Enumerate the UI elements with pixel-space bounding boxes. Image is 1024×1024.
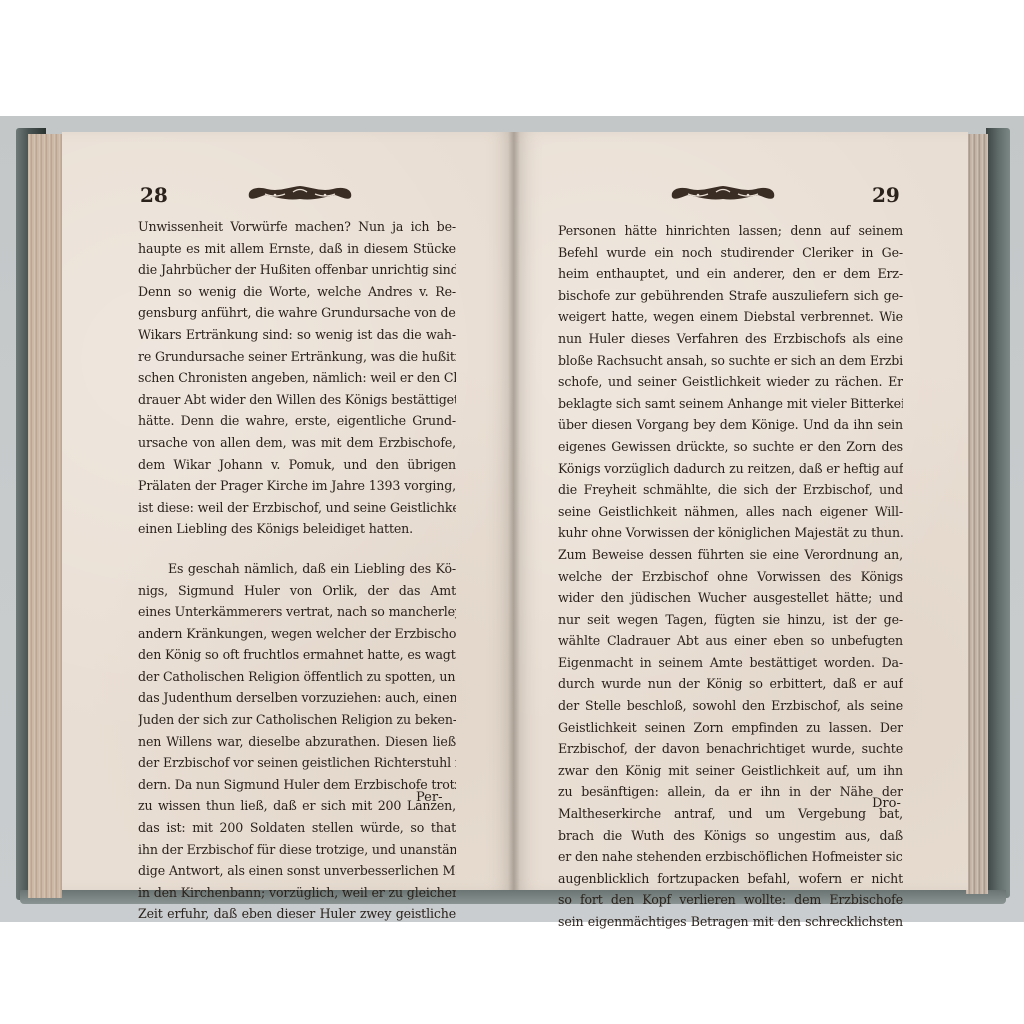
text-line: gensburg anführt, die wahre Grundursache… bbox=[138, 302, 456, 324]
right-catchword: Dro- bbox=[872, 796, 901, 811]
text-line: wider den jüdischen Wucher ausgestellet … bbox=[558, 587, 903, 609]
text-line: ihn der Erzbischof für diese trotzige, u… bbox=[138, 839, 456, 861]
text-line: bischofe zur gebührenden Strafe auszulie… bbox=[558, 285, 903, 307]
text-line: re Grundursache seiner Ertränkung, was d… bbox=[138, 346, 456, 368]
text-line: dern. Da nun Sigmund Huler dem Erzbischo… bbox=[138, 774, 456, 796]
text-line: schofe, und seiner Geistlichkeit wieder … bbox=[558, 371, 903, 393]
left-page-text: Unwissenheit Vorwürfe machen? Nun ja ich… bbox=[138, 216, 456, 925]
text-line: ursache von allen dem, was mit dem Erzbi… bbox=[138, 432, 456, 454]
text-line: der Erzbischof vor seinen geistlichen Ri… bbox=[138, 752, 456, 774]
text-line: beklagte sich samt seinem Anhange mit vi… bbox=[558, 393, 903, 415]
text-line: durch wurde nun der König so erbittert, … bbox=[558, 673, 903, 695]
text-line: Es geschah nämlich, daß ein Liebling des… bbox=[138, 558, 456, 580]
text-line: zwar den König mit seiner Geistlichkeit … bbox=[558, 760, 903, 782]
text-line: Zeit erfuhr, daß eben dieser Huler zwey … bbox=[138, 903, 456, 925]
paragraph: Unwissenheit Vorwürfe machen? Nun ja ich… bbox=[138, 216, 456, 540]
text-line: der Stelle beschloß, sowohl den Erzbisch… bbox=[558, 695, 903, 717]
text-line: Personen hätte hinrichten lassen; denn a… bbox=[558, 220, 903, 242]
ornament-headpiece-icon bbox=[668, 183, 778, 205]
text-line: den König so oft fruchtlos ermahnet hatt… bbox=[138, 644, 456, 666]
text-line: nun Huler dieses Verfahren des Erzbischo… bbox=[558, 328, 903, 350]
text-line: Befehl wurde ein noch studirender Clerik… bbox=[558, 242, 903, 264]
text-line: dem Wikar Johann v. Pomuk, und den übrig… bbox=[138, 454, 456, 476]
right-page-number: 29 bbox=[872, 183, 900, 207]
text-line: der Catholischen Religion öffentlich zu … bbox=[138, 666, 456, 688]
text-line: Wikars Ertränkung sind: so wenig ist das… bbox=[138, 324, 456, 346]
paragraph: Es geschah nämlich, daß ein Liebling des… bbox=[138, 558, 456, 925]
left-page-number: 28 bbox=[140, 183, 168, 207]
text-line: Denn so wenig die Worte, welche Andres v… bbox=[138, 281, 456, 303]
text-line: eigenes Gewissen drückte, so suchte er d… bbox=[558, 436, 903, 458]
text-line: drauer Abt wider den Willen des Königs b… bbox=[138, 389, 456, 411]
text-line: über diesen Vorgang bey dem Könige. Und … bbox=[558, 414, 903, 436]
ornament-headpiece-icon bbox=[245, 183, 355, 205]
left-catchword: Per- bbox=[416, 790, 442, 805]
text-line: Geistlichkeit seinen Zorn empfinden zu l… bbox=[558, 717, 903, 739]
text-line: die Freyheit schmählte, die sich der Erz… bbox=[558, 479, 903, 501]
text-line: nur seit wegen Tagen, fügten sie hinzu, … bbox=[558, 609, 903, 631]
text-line: Unwissenheit Vorwürfe machen? Nun ja ich… bbox=[138, 216, 456, 238]
text-line: brach die Wuth des Königs so ungestim au… bbox=[558, 825, 903, 847]
paragraph-spacer bbox=[138, 540, 456, 558]
text-line: haupte es mit allem Ernste, daß in diese… bbox=[138, 238, 456, 260]
text-line: seine Geistlichkeit nähmen, alles nach e… bbox=[558, 501, 903, 523]
text-line: nen Willens war, dieselbe abzurathen. Di… bbox=[138, 731, 456, 753]
page-stack-left bbox=[28, 134, 62, 898]
text-line: er den nahe stehenden erzbischöflichen H… bbox=[558, 846, 903, 868]
text-line: das Judenthum derselben vorzuziehen: auc… bbox=[138, 687, 456, 709]
text-line: schen Chronisten angeben, nämlich: weil … bbox=[138, 367, 456, 389]
text-line: sein eigenmächtiges Betragen mit den sch… bbox=[558, 911, 903, 933]
text-line: andern Kränkungen, wegen welcher der Erz… bbox=[138, 623, 456, 645]
text-line: Königs vorzüglich dadurch zu reitzen, da… bbox=[558, 458, 903, 480]
text-line: heim enthauptet, und ein anderer, den er… bbox=[558, 263, 903, 285]
text-line: in den Kirchenbann; vorzüglich, weil er … bbox=[138, 882, 456, 904]
text-line: ist diese: weil der Erzbischof, und sein… bbox=[138, 497, 456, 519]
text-line: eines Unterkämmerers vertrat, nach so ma… bbox=[138, 601, 456, 623]
page-stack-right bbox=[966, 134, 988, 894]
text-line: hätte. Denn die wahre, erste, eigentlich… bbox=[138, 410, 456, 432]
text-line: bloße Rachsucht ansah, so suchte er sich… bbox=[558, 350, 903, 372]
right-page-text: Personen hätte hinrichten lassen; denn a… bbox=[558, 220, 903, 933]
text-line: einen Liebling des Königs beleidiget hat… bbox=[138, 518, 456, 540]
text-line: zu besänftigen: allein, da er ihn in der… bbox=[558, 781, 903, 803]
text-line: so fort den Kopf verlieren wollte: dem E… bbox=[558, 889, 903, 911]
text-line: dige Antwort, als einen sonst unverbesse… bbox=[138, 860, 456, 882]
text-line: Zum Beweise dessen führten sie eine Vero… bbox=[558, 544, 903, 566]
text-line: Erzbischof, der davon benachrichtiget wu… bbox=[558, 738, 903, 760]
book-gutter bbox=[508, 132, 520, 890]
text-line: das ist: mit 200 Soldaten stellen würde,… bbox=[138, 817, 456, 839]
text-line: augenblicklich fortzupacken befahl, wofe… bbox=[558, 868, 903, 890]
text-line: wählte Cladrauer Abt aus einer eben so u… bbox=[558, 630, 903, 652]
text-line: Juden der sich zur Catholischen Religion… bbox=[138, 709, 456, 731]
text-line: Prälaten der Prager Kirche im Jahre 1393… bbox=[138, 475, 456, 497]
text-line: die Jahrbücher der Hußiten offenbar unri… bbox=[138, 259, 456, 281]
text-line: Maltheserkirche antraf, und um Vergebung… bbox=[558, 803, 903, 825]
text-line: zu wissen thun ließ, daß er sich mit 200… bbox=[138, 795, 456, 817]
book-cover-right-edge bbox=[986, 128, 1010, 898]
text-line: welche der Erzbischof ohne Vorwissen des… bbox=[558, 566, 903, 588]
text-line: kuhr ohne Vorwissen der königlichen Maje… bbox=[558, 522, 903, 544]
text-line: weigert hatte, wegen einem Diebstal verb… bbox=[558, 306, 903, 328]
text-line: nigs, Sigmund Huler von Orlik, der das A… bbox=[138, 580, 456, 602]
text-line: Eigenmacht in seinem Amte bestättiget wo… bbox=[558, 652, 903, 674]
